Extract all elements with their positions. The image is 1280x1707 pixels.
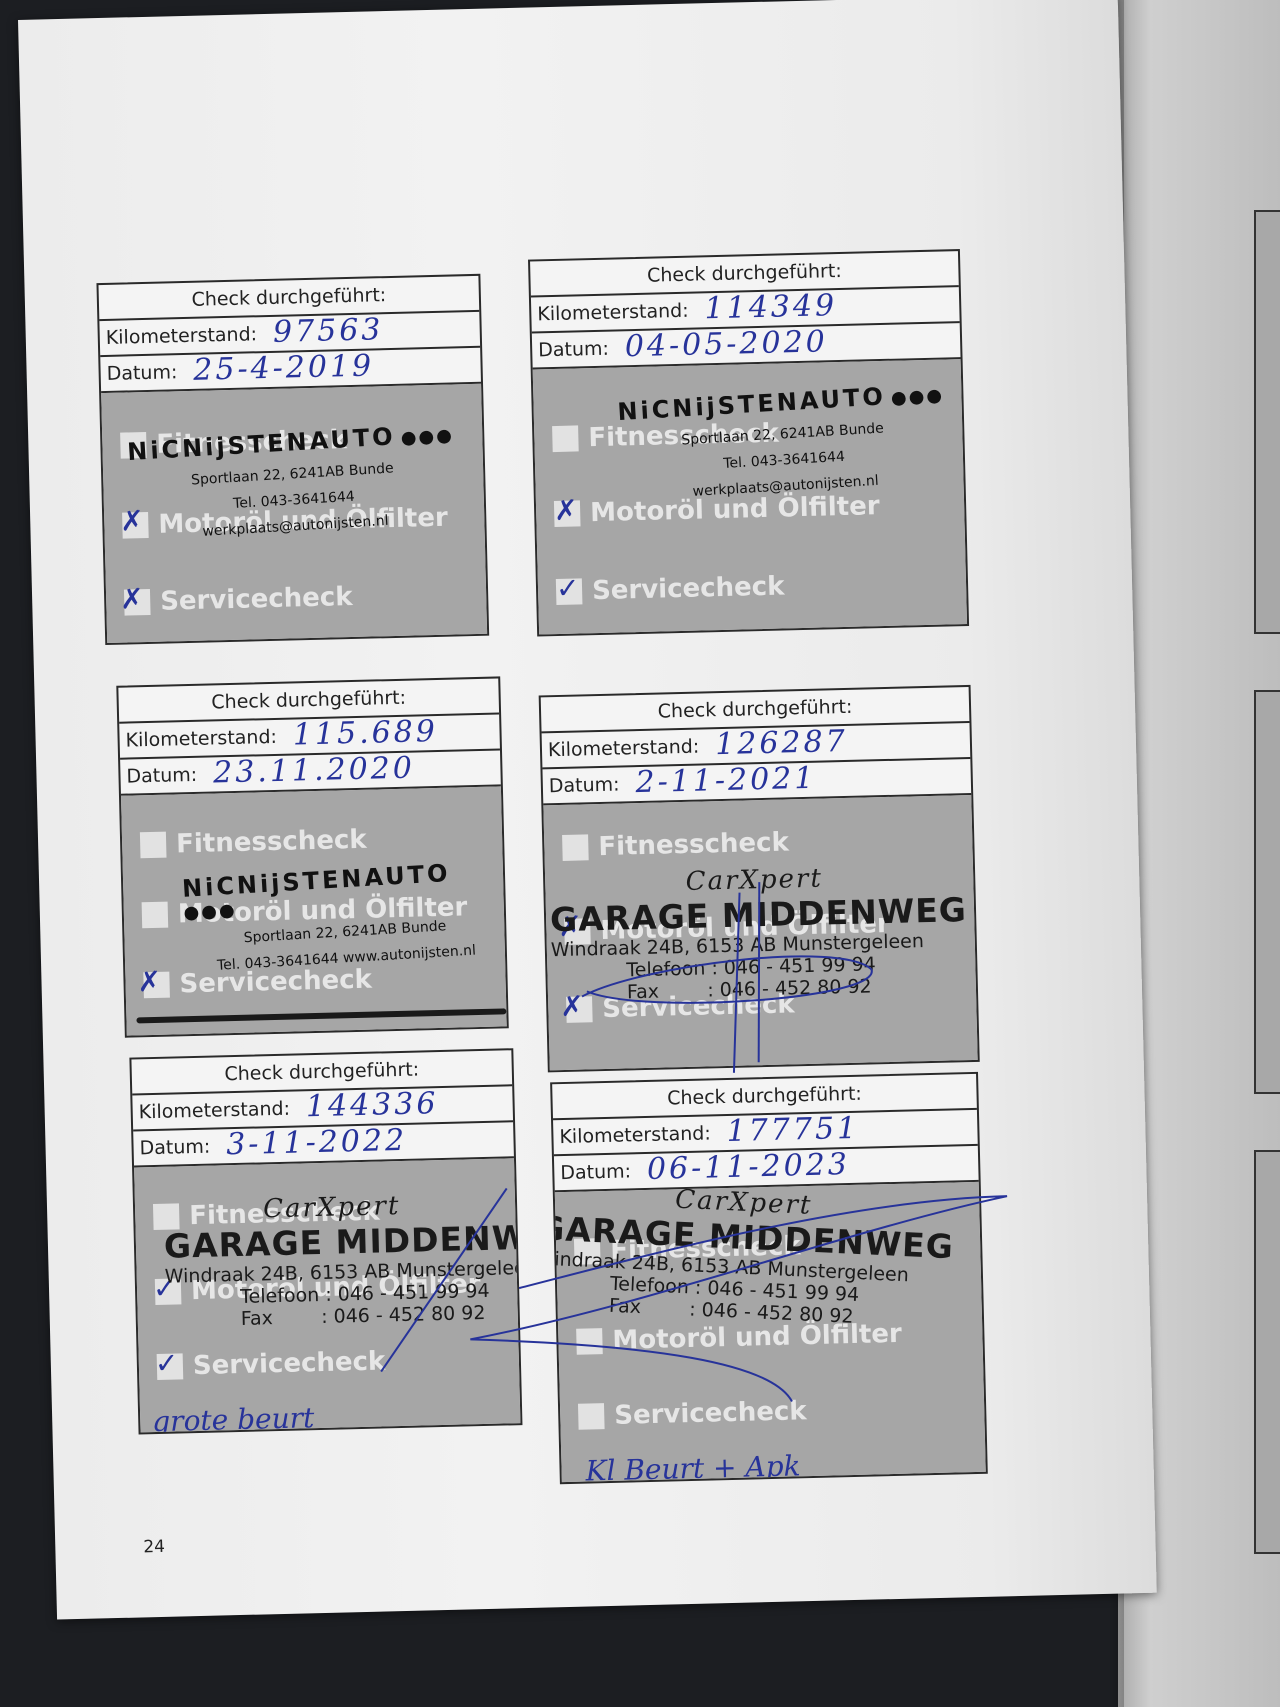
check-options-panel: Fitnesscheck Motoröl und Ölfilter Servic… xyxy=(555,1182,986,1482)
check-options-panel: Fitnesscheck Motoröl und Ölfilter Servic… xyxy=(134,1158,520,1432)
option-fitnesscheck: Fitnesscheck xyxy=(140,825,367,861)
date-label: Datum: xyxy=(106,361,177,385)
date-label: Datum: xyxy=(549,774,620,798)
odometer-value: 126287 xyxy=(715,723,848,761)
option-label: Servicecheck xyxy=(592,571,785,606)
date-label: Datum: xyxy=(139,1136,210,1160)
checkbox xyxy=(562,834,589,861)
check-mark-icon: ✗ xyxy=(137,965,161,999)
option-servicecheck: Servicecheck xyxy=(124,582,353,618)
stamp-brand: NiCNijSTENAUTO xyxy=(617,382,887,426)
odometer-label: Kilometerstand: xyxy=(106,323,258,349)
option-label: Fitnesscheck xyxy=(176,825,367,860)
dealer-stamp-carxpert: CarXpert GARAGE MIDDENWEG Windraak 24B, … xyxy=(555,1182,949,1332)
odometer-value: 97563 xyxy=(273,312,384,350)
date-value: 23.11.2020 xyxy=(213,750,416,790)
odometer-value: 114349 xyxy=(704,288,837,326)
check-options-panel: Fitnesscheck Motoröl und Ölfilter Servic… xyxy=(121,786,507,1035)
date-label: Datum: xyxy=(538,338,609,362)
service-record-4: Check durchgeführt: Kilometerstand: 1262… xyxy=(539,685,980,1072)
stamp-logo-dots: ●●● xyxy=(890,385,944,409)
dealer-stamp-carxpert: CarXpert GARAGE MIDDENWEG Windraak 24B, … xyxy=(549,860,962,1005)
check-options-panel: Fitnesscheck Motoröl und Ölfilter Servic… xyxy=(543,795,977,1070)
dealer-stamp-nijsten: NiCNijSTENAUTO ●●● Sportlaan 22, 6241AB … xyxy=(617,379,950,504)
check-mark-icon: ✓ xyxy=(556,571,580,605)
check-options-panel: Fitnesscheck Motoröl und Ölfilter Servic… xyxy=(101,384,487,643)
odometer-label: Kilometerstand: xyxy=(537,300,689,326)
stamp-ink-smear xyxy=(136,1008,506,1023)
checkbox xyxy=(142,902,169,929)
service-record-2: Check durchgeführt: Kilometerstand: 1143… xyxy=(528,249,969,636)
date-value: 06-11-2023 xyxy=(647,1147,851,1187)
handwritten-note: grote beurt xyxy=(152,1401,315,1432)
service-record-1: Check durchgeführt: Kilometerstand: 9756… xyxy=(96,274,489,645)
date-value: 2-11-2021 xyxy=(635,760,817,799)
next-page-record-box xyxy=(1254,690,1280,1094)
stamp-brand: NiCNijSTENAUTO xyxy=(181,859,451,903)
option-servicecheck: Servicecheck xyxy=(578,1396,807,1432)
date-value: 3-11-2022 xyxy=(226,1122,408,1161)
service-booklet-page: Check durchgeführt: Kilometerstand: 9756… xyxy=(18,0,1157,1620)
option-label: Servicecheck xyxy=(160,582,353,617)
odometer-label: Kilometerstand: xyxy=(559,1122,711,1148)
date-label: Datum: xyxy=(126,764,197,788)
dealer-stamp-nijsten: NiCNijSTENAUTO ●●● Sportlaan 22, 6241AB … xyxy=(181,856,506,976)
checkbox xyxy=(140,832,167,859)
date-value: 04-05-2020 xyxy=(624,324,828,364)
service-record-6: Check durchgeführt: Kilometerstand: 1777… xyxy=(550,1072,988,1484)
next-page-record-box xyxy=(1254,210,1280,634)
date-label: Datum: xyxy=(560,1160,631,1184)
option-servicecheck: Servicecheck xyxy=(556,571,785,607)
stamp-logo-dots: ●●● xyxy=(400,425,454,449)
dealer-stamp-nijsten: NiCNijSTENAUTO ●●● Sportlaan 22, 6241AB … xyxy=(127,419,460,544)
checkbox xyxy=(552,425,579,452)
next-page-record-box xyxy=(1254,1150,1280,1554)
option-label: Fitnesscheck xyxy=(598,827,789,862)
option-fitnesscheck: Fitnesscheck xyxy=(562,827,789,863)
handwritten-note: Kl Beurt + Apk xyxy=(585,1449,801,1482)
stamp-logo-dots: ●●● xyxy=(183,900,237,924)
odometer-value: 144336 xyxy=(305,1086,438,1124)
check-options-panel: Fitnesscheck Motoröl und Ölfilter Servic… xyxy=(533,359,967,634)
date-value: 25-4-2019 xyxy=(193,348,375,387)
odometer-label: Kilometerstand: xyxy=(125,726,277,752)
odometer-label: Kilometerstand: xyxy=(548,736,700,762)
page-number: 24 xyxy=(143,1537,165,1558)
odometer-value: 177751 xyxy=(726,1110,859,1148)
odometer-value: 115.689 xyxy=(292,713,438,752)
option-label: Servicecheck xyxy=(193,1346,386,1381)
check-mark-icon: ✓ xyxy=(154,1346,178,1380)
odometer-label: Kilometerstand: xyxy=(138,1098,290,1124)
checkbox xyxy=(576,1328,603,1355)
service-record-5: Check durchgeführt: Kilometerstand: 1443… xyxy=(129,1048,522,1434)
option-servicecheck: Servicecheck xyxy=(157,1346,386,1382)
dealer-stamp-carxpert: CarXpert GARAGE MIDDENWEG Windraak 24B, … xyxy=(163,1187,521,1332)
option-label: Servicecheck xyxy=(614,1396,807,1431)
checkbox xyxy=(578,1403,605,1430)
service-record-3: Check durchgeführt: Kilometerstand: 115.… xyxy=(116,676,508,1037)
check-mark-icon: ✗ xyxy=(554,493,578,527)
check-mark-icon: ✗ xyxy=(120,582,144,616)
